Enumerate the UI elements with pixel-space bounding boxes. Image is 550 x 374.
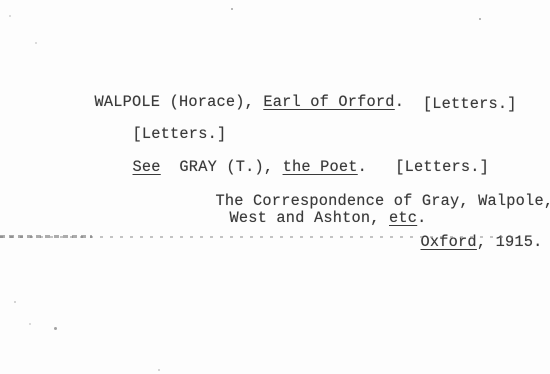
catalog-card: WALPOLE (Horace), Earl of Orford. [Lette…: [0, 0, 550, 374]
paper-speck: [54, 327, 57, 330]
see-separator: .: [358, 158, 396, 176]
worn-rule-line-dark-segment: [0, 235, 92, 238]
heading-subject: [Letters.]: [423, 95, 517, 113]
heading-separator: .: [395, 93, 423, 111]
work-title-text-2: West and Ashton,: [230, 209, 389, 227]
paper-speck: [158, 369, 160, 371]
see-epithet: the Poet: [283, 158, 358, 176]
see-target: GRAY (T.),: [161, 158, 283, 176]
paper-speck: [479, 18, 481, 20]
paper-speck: [9, 15, 11, 17]
paper-speck: [35, 42, 37, 44]
paper-speck: [29, 323, 31, 325]
see-subject: [Letters.]: [395, 158, 489, 176]
see-label: See: [133, 158, 161, 176]
heading-title: Earl of Orford: [263, 93, 394, 111]
subheading-subject: [Letters.]: [133, 125, 227, 143]
heading-name: WALPOLE (Horace),: [95, 93, 264, 111]
imprint-line: Oxford, 1915.: [383, 220, 542, 266]
paper-speck: [14, 301, 16, 303]
paper-speck: [231, 8, 233, 10]
